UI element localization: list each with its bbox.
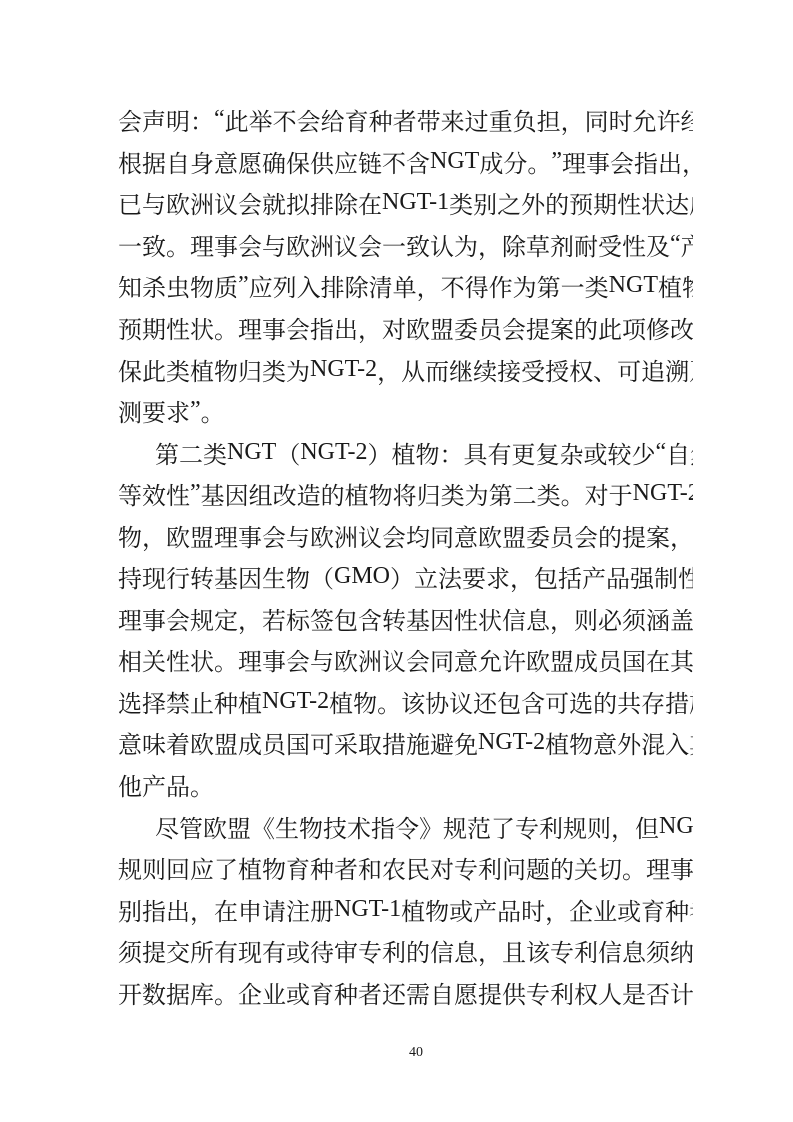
text-line: 别指出，在申请注册NGT-1植物或产品时，企业或育种者必 <box>118 888 693 930</box>
text-line: 保此类植物归类为NGT-2，从而继续接受授权、可追溯及监 <box>118 348 693 390</box>
text-line: 开数据库。企业或育种者还需自愿提供专利权人是否计划在 <box>118 971 693 1013</box>
text-line: 会声明：“此举不会给育种者带来过重负担，同时允许经营者 <box>118 99 693 141</box>
text-line: 须提交所有现有或待审专利的信息，且该专利信息须纳入公 <box>118 930 693 972</box>
text-line: 规则回应了植物育种者和农民对专利问题的关切。理事会特 <box>118 847 693 889</box>
document-page: 会声明：“此举不会给育种者带来过重负担，同时允许经营者根据自身意愿确保供应链不含… <box>0 0 793 1122</box>
text-line: 物，欧盟理事会与欧洲议会均同意欧盟委员会的提案，即维 <box>118 514 693 556</box>
text-line: 他产品。 <box>118 764 693 806</box>
text-line: 等效性”基因组改造的植物将归类为第二类。对于NGT-2植 <box>118 473 693 515</box>
page-number: 40 <box>409 1045 423 1061</box>
text-line: 测要求”。 <box>118 390 693 432</box>
text-line: 尽管欧盟《生物技术指令》规范了专利规则，但NGT <box>118 805 693 847</box>
text-line: 选择禁止种植NGT-2植物。该协议还包含可选的共存措施， <box>118 681 693 723</box>
text-block: 会声明：“此举不会给育种者带来过重负担，同时允许经营者根据自身意愿确保供应链不含… <box>118 99 693 1013</box>
text-line: 已与欧洲议会就拟排除在NGT-1类别之外的预期性状达成 <box>118 182 693 224</box>
text-line: 预期性状。理事会指出，对欧盟委员会提案的此项修改“将确 <box>118 307 693 349</box>
text-line: 相关性状。理事会与欧洲议会同意允许欧盟成员国在其境内 <box>118 639 693 681</box>
text-line: 第二类NGT（NGT-2）植物：具有更复杂或较少“自然 <box>118 431 693 473</box>
text-line: 理事会规定，若标签包含转基因性状信息，则必须涵盖所有 <box>118 598 693 640</box>
text-line: 意味着欧盟成员国可采取措施避免NGT-2植物意外混入其 <box>118 722 693 764</box>
text-line: 一致。理事会与欧洲议会一致认为，除草剂耐受性及“产生已 <box>118 224 693 266</box>
text-line: 知杀虫物质”应列入排除清单，不得作为第一类NGT植物的 <box>118 265 693 307</box>
text-line: 根据自身意愿确保供应链不含NGT成分。”理事会指出，其 <box>118 141 693 183</box>
text-line: 持现行转基因生物（GMO）立法要求，包括产品强制性标识。 <box>118 556 693 598</box>
